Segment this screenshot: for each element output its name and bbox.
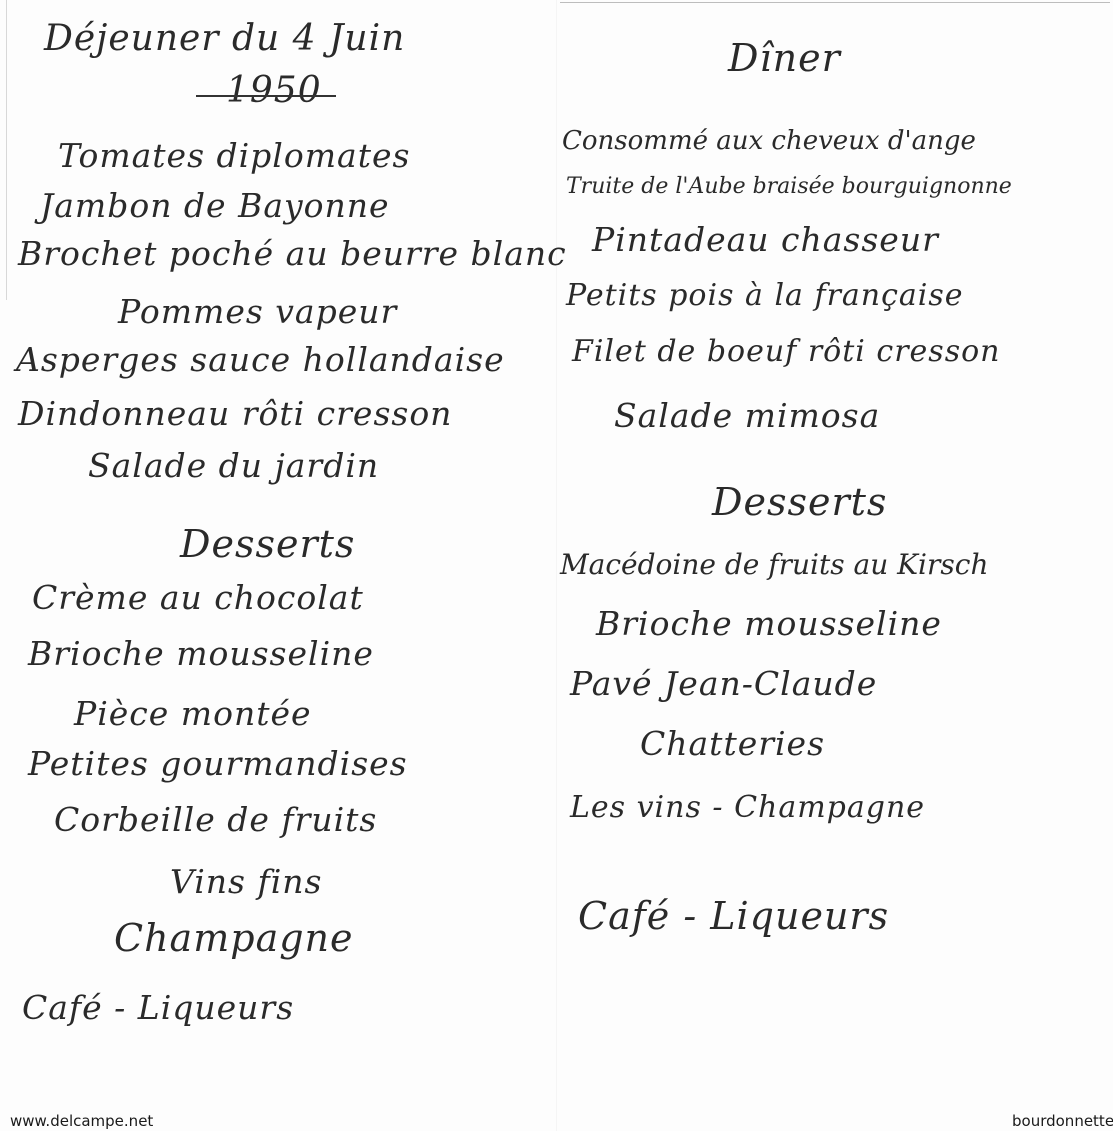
- lunch-coffee: Café - Liqueurs: [22, 988, 294, 1027]
- dinner-dessert: Brioche mousseline: [596, 604, 942, 643]
- lunch-dessert: Petites gourmandises: [28, 744, 408, 783]
- lunch-item: Pommes vapeur: [118, 292, 397, 331]
- site-watermark: www.delcampe.net: [10, 1112, 153, 1130]
- menu-document: Déjeuner du 4 Juin 1950 Tomates diplomat…: [0, 0, 1113, 1131]
- dinner-coffee: Café - Liqueurs: [578, 894, 889, 938]
- lunch-item: Brochet poché au beurre blanc: [18, 234, 567, 273]
- lunch-item: Salade du jardin: [88, 446, 379, 485]
- dinner-item: Filet de boeuf rôti cresson: [572, 334, 1000, 369]
- lunch-dessert: Brioche mousseline: [28, 634, 374, 673]
- dinner-item: Pintadeau chasseur: [592, 220, 939, 259]
- year-underline: [196, 95, 336, 97]
- lunch-year: 1950: [226, 70, 322, 111]
- seller-watermark: bourdonnette: [1012, 1112, 1113, 1130]
- lunch-title: Déjeuner du 4 Juin: [44, 18, 405, 59]
- page-fold: [556, 0, 557, 1131]
- lunch-item: Jambon de Bayonne: [40, 186, 390, 225]
- paper-edge: [6, 0, 7, 300]
- dinner-wines: Les vins - Champagne: [570, 790, 925, 825]
- dinner-item: Salade mimosa: [614, 396, 880, 435]
- lunch-item: Tomates diplomates: [58, 136, 410, 175]
- paper-edge: [560, 2, 1110, 3]
- dinner-desserts-heading: Desserts: [712, 480, 887, 524]
- lunch-champagne: Champagne: [114, 916, 354, 960]
- lunch-dessert: Crème au chocolat: [32, 578, 364, 617]
- dinner-item: Truite de l'Aube braisée bourguignonne: [566, 174, 1012, 199]
- lunch-dessert: Corbeille de fruits: [54, 800, 377, 839]
- dinner-item: Petits pois à la française: [566, 278, 964, 313]
- dinner-dessert: Macédoine de fruits au Kirsch: [560, 548, 988, 581]
- lunch-item: Dindonneau rôti cresson: [18, 394, 452, 433]
- dinner-dessert: Pavé Jean-Claude: [570, 664, 877, 703]
- lunch-wines: Vins fins: [170, 862, 322, 901]
- lunch-dessert: Pièce montée: [74, 694, 312, 733]
- dinner-title: Dîner: [728, 36, 841, 80]
- lunch-item: Asperges sauce hollandaise: [16, 340, 505, 379]
- dinner-item: Consommé aux cheveux d'ange: [562, 126, 976, 156]
- dinner-dessert: Chatteries: [640, 724, 825, 763]
- lunch-desserts-heading: Desserts: [180, 522, 355, 566]
